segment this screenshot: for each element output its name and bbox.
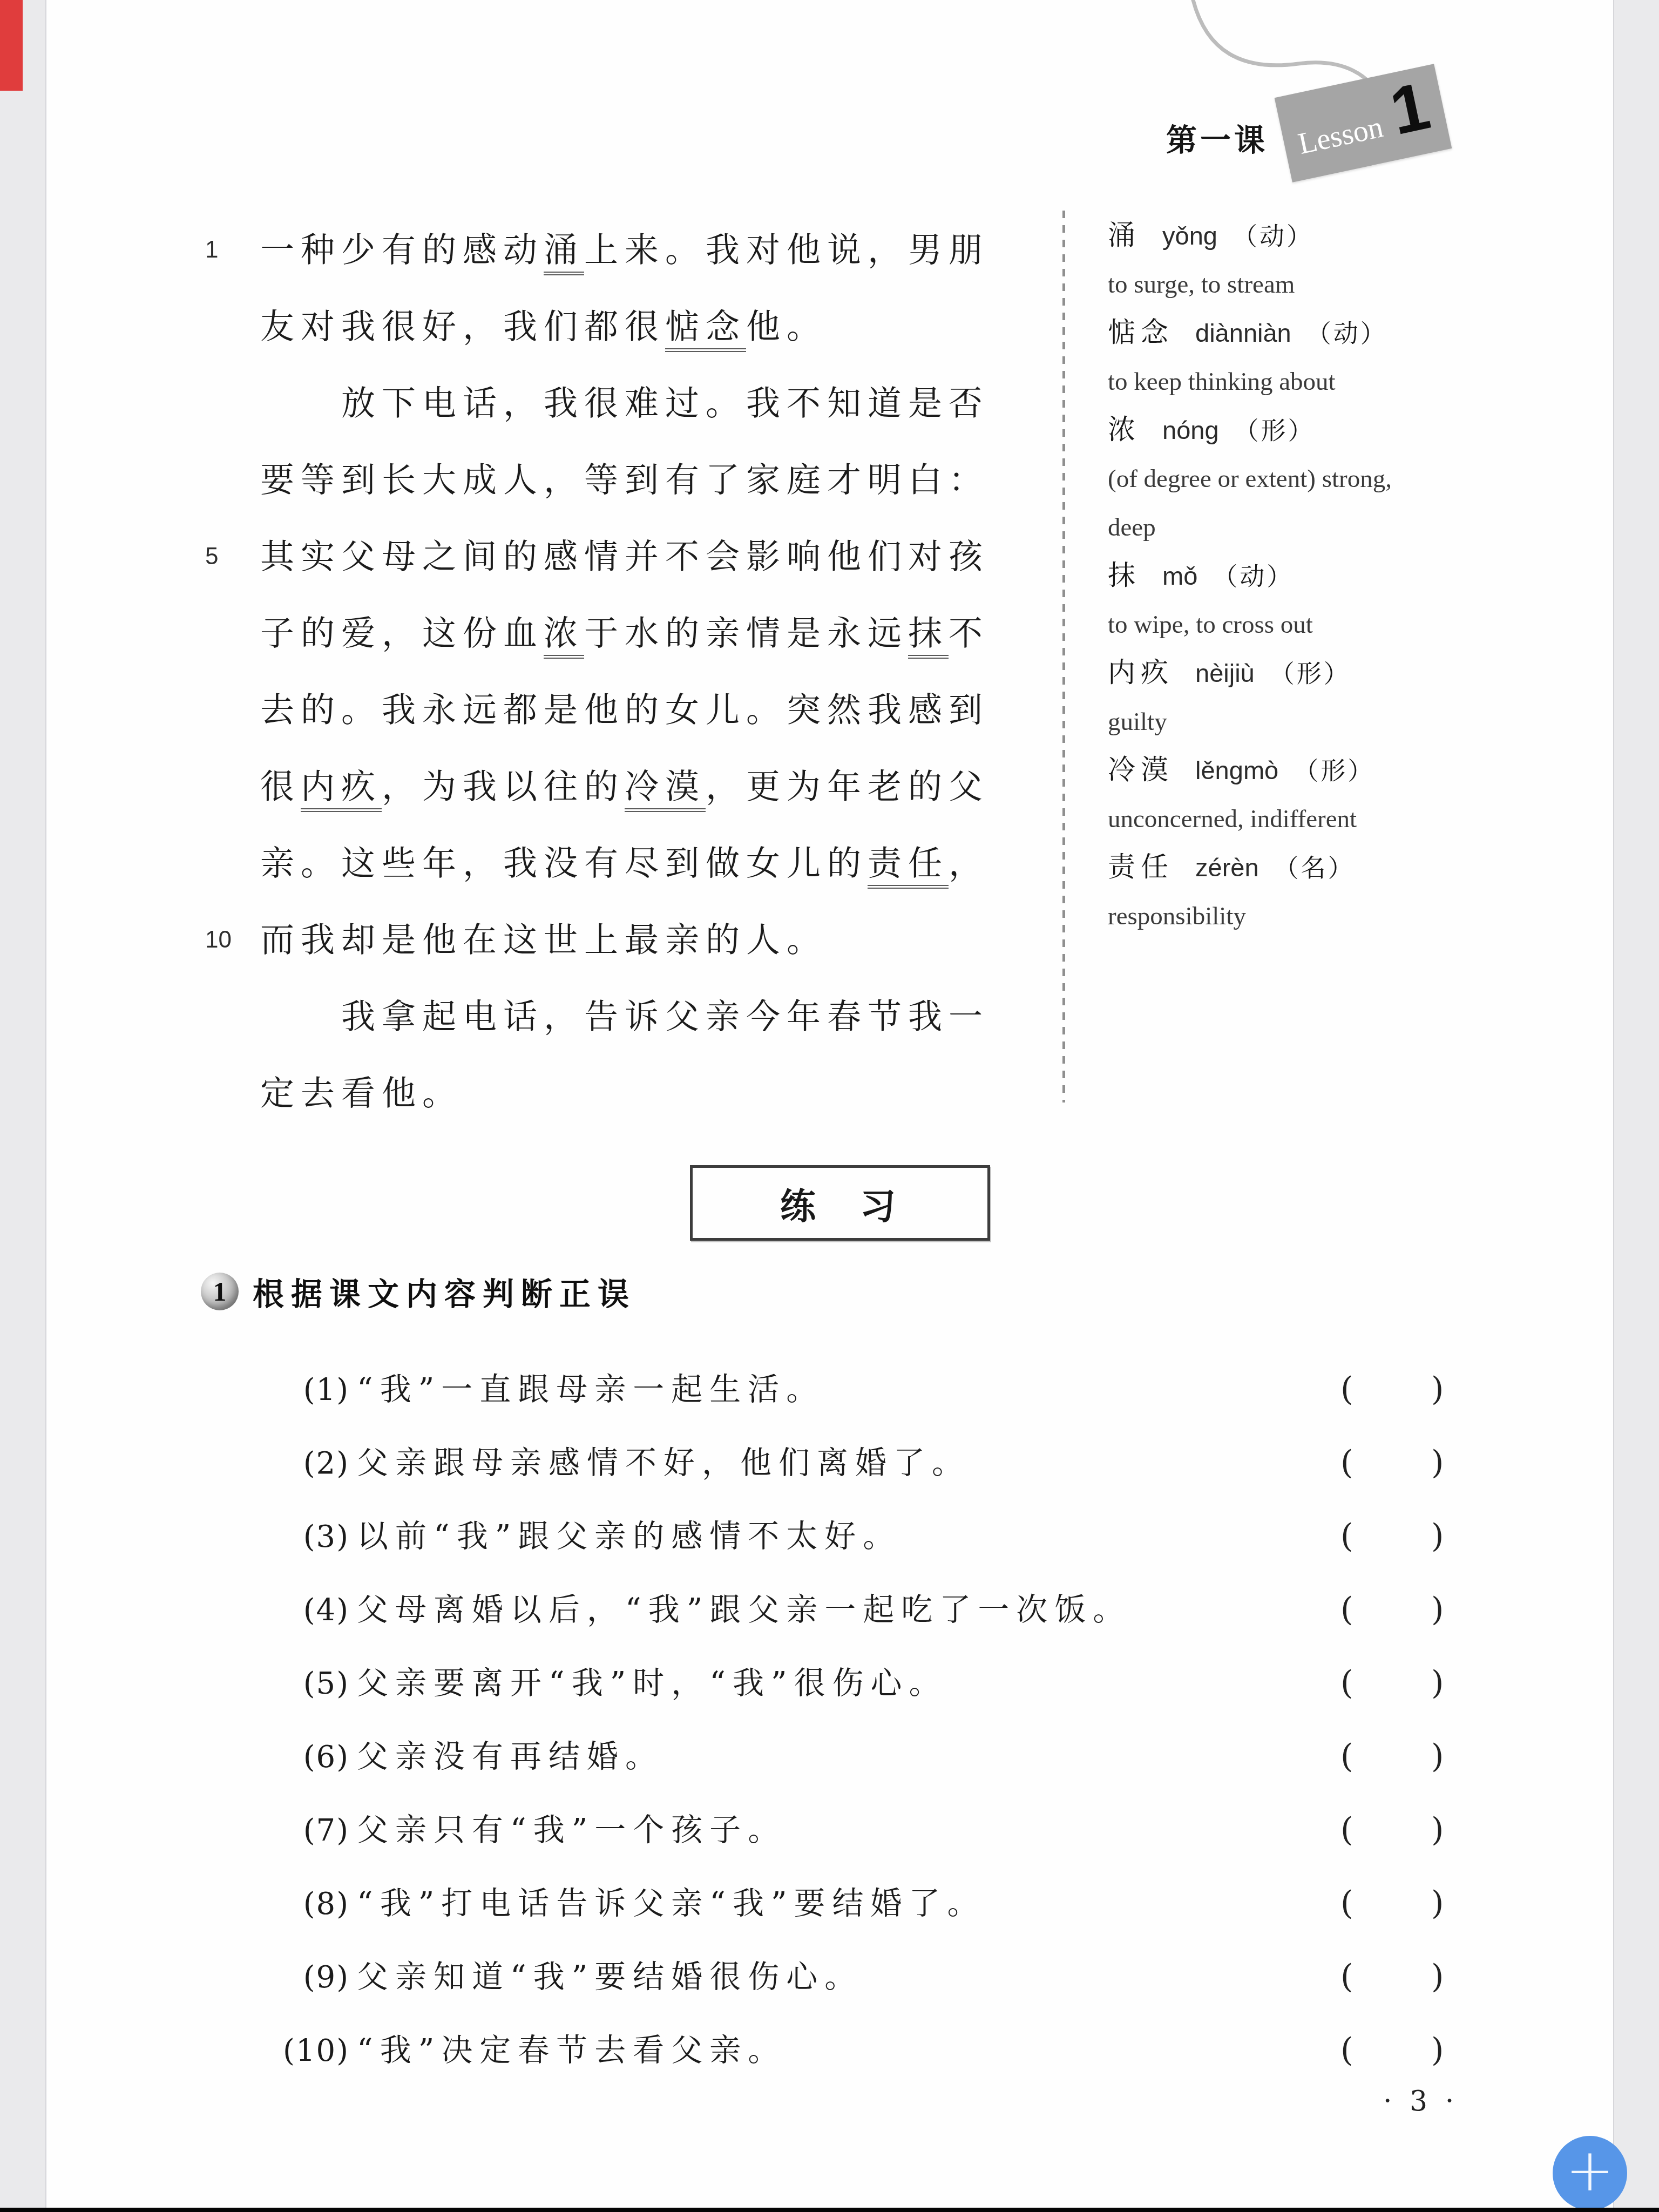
reading-line: 放下电话，我很难过。我不知道是否 xyxy=(260,365,1043,442)
reading-line: 1一种少有的感动涌上来。我对他说，男朋 xyxy=(260,212,1043,288)
reading-passage: 1一种少有的感动涌上来。我对他说，男朋友对我很好，我们都很惦念他。放下电话，我很… xyxy=(260,212,1043,1132)
vocab-list: 涌yǒng（动）to surge, to stream惦念diànniàn（动）… xyxy=(1108,212,1610,941)
line-number: 10 xyxy=(205,902,243,978)
reading-text: 放下电话，我很难过。我不知道是否 xyxy=(341,383,989,423)
reading-text: 去的。我永远都是他的女儿。突然我感到 xyxy=(260,690,989,729)
answer-paren-close: ) xyxy=(1431,1352,1444,1426)
reading-line: 10而我却是他在这世上最亲的人。 xyxy=(260,902,1043,978)
lesson-tag-number: 1 xyxy=(1384,67,1436,150)
vocab-pinyin: zérèn xyxy=(1195,853,1259,882)
vocab-word: 冷漠 xyxy=(1108,754,1174,786)
underlined-vocab-word: 浓 xyxy=(544,613,584,659)
reading-line: 我拿起电话，告诉父亲今年春节我一 xyxy=(260,978,1043,1055)
answer-paren-open: ( xyxy=(1340,1499,1353,1573)
reading-text: 很 xyxy=(260,767,301,806)
answer-paren-close: ) xyxy=(1431,2013,1444,2087)
exercise-item-number: (6) xyxy=(273,1721,349,1794)
vocab-part-of-speech: （名） xyxy=(1274,853,1355,882)
answer-paren-close: ) xyxy=(1431,1866,1444,1940)
answer-paren-open: ( xyxy=(1340,1646,1353,1720)
line-number: 1 xyxy=(205,212,243,288)
exercise-item-number: (2) xyxy=(273,1427,349,1500)
vocab-definition: (of degree or extent) strong, xyxy=(1108,455,1610,503)
vocab-definition: to keep thinking about xyxy=(1108,357,1610,406)
answer-paren-open: ( xyxy=(1340,1352,1353,1426)
red-corner-badge xyxy=(0,0,23,91)
reading-text: 上来。我对他说，男朋 xyxy=(584,230,989,269)
exercise-item: (6)父亲没有再结婚。() xyxy=(273,1720,1477,1793)
vocab-definition: unconcerned, indifferent xyxy=(1108,795,1610,843)
reading-line: 很内疚，为我以往的冷漠，更为年老的父 xyxy=(260,748,1043,825)
right-gutter xyxy=(1613,0,1659,2212)
reading-text: 我拿起电话，告诉父亲今年春节我一 xyxy=(341,997,989,1036)
exercise-section-label: 练 习 xyxy=(780,1178,900,1229)
vocab-word: 责任 xyxy=(1108,851,1174,883)
vocab-entry-headword: 惦念diànniàn（动） xyxy=(1108,309,1610,357)
exercise-item-text: “我”一直跟母亲一起生活。 xyxy=(357,1371,824,1408)
exercise-item: (1)“我”一直跟母亲一起生活。() xyxy=(273,1352,1477,1426)
reading-text: 友对我很好，我们都很 xyxy=(260,307,665,346)
vocab-part-of-speech: （形） xyxy=(1294,756,1374,785)
answer-paren-open: ( xyxy=(1340,1573,1353,1646)
line-number: 5 xyxy=(205,518,243,595)
window-bottom-edge xyxy=(0,2208,1659,2212)
reading-line: 子的爱，这份血浓于水的亲情是永远抹不 xyxy=(260,595,1043,672)
reading-line: 友对我很好，我们都很惦念他。 xyxy=(260,288,1043,365)
reading-text: 于水的亲情是永远 xyxy=(584,613,908,653)
exercise-title: 根据课文内容判断正误 xyxy=(253,1269,636,1314)
underlined-vocab-word: 涌 xyxy=(544,230,584,275)
underlined-vocab-word: 惦念 xyxy=(665,307,746,352)
exercise-item: (4)父母离婚以后，“我”跟父亲一起吃了一次饭。() xyxy=(273,1573,1477,1646)
exercise-item-text: 父亲知道“我”要结婚很伤心。 xyxy=(357,1958,863,1995)
vocab-pinyin: lěngmò xyxy=(1195,756,1278,784)
vocab-part-of-speech: （形） xyxy=(1234,416,1315,445)
vocab-definition: to wipe, to cross out xyxy=(1108,600,1610,649)
reading-text: ， xyxy=(949,843,989,883)
exercise-item-number: (5) xyxy=(273,1647,349,1721)
vocab-pinyin: mǒ xyxy=(1162,562,1197,590)
exercise-item: (8)“我”打电话告诉父亲“我”要结婚了。() xyxy=(273,1866,1477,1940)
exercise-number-ball-icon: 1 xyxy=(201,1273,239,1310)
exercise-item-text: 父亲只有“我”一个孩子。 xyxy=(357,1811,786,1848)
exercise-item-text: 父母离婚以后，“我”跟父亲一起吃了一次饭。 xyxy=(357,1591,1131,1628)
textbook-page: 第一课 Lesson 1 1一种少有的感动涌上来。我对他说，男朋友对我很好，我们… xyxy=(0,0,1659,2212)
underlined-vocab-word: 责任 xyxy=(868,843,949,889)
reading-text: 他。 xyxy=(746,307,827,346)
vocab-definition: to surge, to stream xyxy=(1108,260,1610,309)
exercise-item-list: (1)“我”一直跟母亲一起生活。()(2)父亲跟母亲感情不好，他们离婚了。()(… xyxy=(273,1352,1477,2087)
lesson-tag-label: Lesson xyxy=(1295,110,1386,161)
answer-paren-close: ) xyxy=(1431,1720,1444,1793)
exercise-item-number: (1) xyxy=(273,1354,349,1427)
answer-paren-close: ) xyxy=(1431,1793,1444,1866)
exercise-item-text: “我”决定春节去看父亲。 xyxy=(357,2032,786,2068)
vocab-entry-headword: 抹mǒ（动） xyxy=(1108,552,1610,600)
exercise-item-number: (3) xyxy=(273,1500,349,1574)
reading-line: 去的。我永远都是他的女儿。突然我感到 xyxy=(260,672,1043,748)
vocab-word: 惦念 xyxy=(1108,317,1174,349)
reading-text: 要等到长大成人，等到有了家庭才明白： xyxy=(260,460,989,499)
answer-paren-open: ( xyxy=(1340,1426,1353,1499)
reading-line: 要等到长大成人，等到有了家庭才明白： xyxy=(260,442,1043,518)
reading-text: ，更为年老的父 xyxy=(706,767,989,806)
answer-paren-close: ) xyxy=(1431,1573,1444,1646)
exercise-item-text: 父亲要离开“我”时，“我”很伤心。 xyxy=(357,1665,947,1701)
reading-line: 定去看他。 xyxy=(260,1055,1043,1132)
exercise-item: (10)“我”决定春节去看父亲。() xyxy=(273,2013,1477,2087)
vocab-entry-headword: 冷漠lěngmò（形） xyxy=(1108,746,1610,795)
reading-text: 其实父母之间的感情并不会影响他们对孩 xyxy=(260,537,989,576)
exercise-item: (2)父亲跟母亲感情不好，他们离婚了。() xyxy=(273,1426,1477,1499)
vocab-word: 抹 xyxy=(1108,560,1141,592)
exercise-item-number: (10) xyxy=(273,2014,349,2088)
vocab-word: 内疚 xyxy=(1108,657,1174,689)
vocab-pinyin: nèijiù xyxy=(1195,659,1255,687)
answer-paren-open: ( xyxy=(1340,1720,1353,1793)
underlined-vocab-word: 内疚 xyxy=(301,767,382,812)
answer-paren-close: ) xyxy=(1431,1646,1444,1720)
plus-icon: + xyxy=(1566,2142,1615,2200)
exercise-item-number: (4) xyxy=(273,1574,349,1647)
vocab-part-of-speech: （动） xyxy=(1306,319,1387,348)
answer-paren-open: ( xyxy=(1340,2013,1353,2087)
exercise-section-box: 练 习 xyxy=(690,1165,990,1241)
vocab-definition: guilty xyxy=(1108,698,1610,746)
add-button[interactable]: + xyxy=(1553,2136,1627,2210)
reading-text: ，为我以往的 xyxy=(382,767,625,806)
exercise-item-number: (9) xyxy=(273,1941,349,2014)
underlined-vocab-word: 抹 xyxy=(908,613,949,659)
answer-paren-open: ( xyxy=(1340,1940,1353,2013)
reading-text: 亲。这些年，我没有尽到做女儿的 xyxy=(260,843,868,883)
vocab-part-of-speech: （形） xyxy=(1270,659,1351,688)
vocab-entry-headword: 责任zérèn（名） xyxy=(1108,843,1610,892)
vocab-divider-dashed-line xyxy=(1062,211,1065,1102)
answer-paren-open: ( xyxy=(1340,1793,1353,1866)
exercise-heading: 1 根据课文内容判断正误 xyxy=(201,1269,636,1314)
page-number: · 3 · xyxy=(1383,2085,1458,2118)
vocab-pinyin: nóng xyxy=(1162,416,1219,444)
answer-paren-open: ( xyxy=(1340,1866,1353,1940)
vocab-pinyin: yǒng xyxy=(1162,221,1217,250)
vocab-entry-headword: 涌yǒng（动） xyxy=(1108,212,1610,260)
vocab-entry-headword: 内疚nèijiù（形） xyxy=(1108,649,1610,698)
exercise-item: (5)父亲要离开“我”时，“我”很伤心。() xyxy=(273,1646,1477,1720)
reading-line: 5其实父母之间的感情并不会影响他们对孩 xyxy=(260,518,1043,595)
vocab-entry-headword: 浓nóng（形） xyxy=(1108,406,1610,455)
vocab-word: 浓 xyxy=(1108,414,1141,446)
answer-paren-close: ) xyxy=(1431,1499,1444,1573)
vocab-pinyin: diànniàn xyxy=(1195,319,1291,347)
exercise-item: (9)父亲知道“我”要结婚很伤心。() xyxy=(273,1940,1477,2013)
answer-paren-close: ) xyxy=(1431,1940,1444,2013)
reading-text: 一种少有的感动 xyxy=(260,230,544,269)
underlined-vocab-word: 冷漠 xyxy=(625,767,706,812)
reading-text: 定去看他。 xyxy=(260,1073,463,1113)
exercise-item-text: 以前“我”跟父亲的感情不太好。 xyxy=(357,1518,901,1554)
vocab-part-of-speech: （动） xyxy=(1233,221,1313,251)
exercise-item-text: “我”打电话告诉父亲“我”要结婚了。 xyxy=(357,1885,986,1922)
reading-text: 子的爱，这份血 xyxy=(260,613,544,653)
left-gutter xyxy=(0,0,46,2212)
exercise-item-number: (8) xyxy=(273,1868,349,1941)
vocab-definition: deep xyxy=(1108,503,1610,552)
exercise-item: (7)父亲只有“我”一个孩子。() xyxy=(273,1793,1477,1866)
vocab-definition: responsibility xyxy=(1108,892,1610,941)
reading-text: 不 xyxy=(949,613,989,653)
vocab-part-of-speech: （动） xyxy=(1213,562,1294,591)
exercise-item-text: 父亲没有再结婚。 xyxy=(357,1738,663,1775)
exercise-item: (3)以前“我”跟父亲的感情不太好。() xyxy=(273,1499,1477,1573)
vocab-word: 涌 xyxy=(1108,220,1141,252)
answer-paren-close: ) xyxy=(1431,1426,1444,1499)
reading-text: 而我却是他在这世上最亲的人。 xyxy=(260,920,827,959)
reading-line: 亲。这些年，我没有尽到做女儿的责任， xyxy=(260,825,1043,902)
exercise-item-text: 父亲跟母亲感情不好，他们离婚了。 xyxy=(357,1444,970,1481)
exercise-item-number: (7) xyxy=(273,1794,349,1868)
